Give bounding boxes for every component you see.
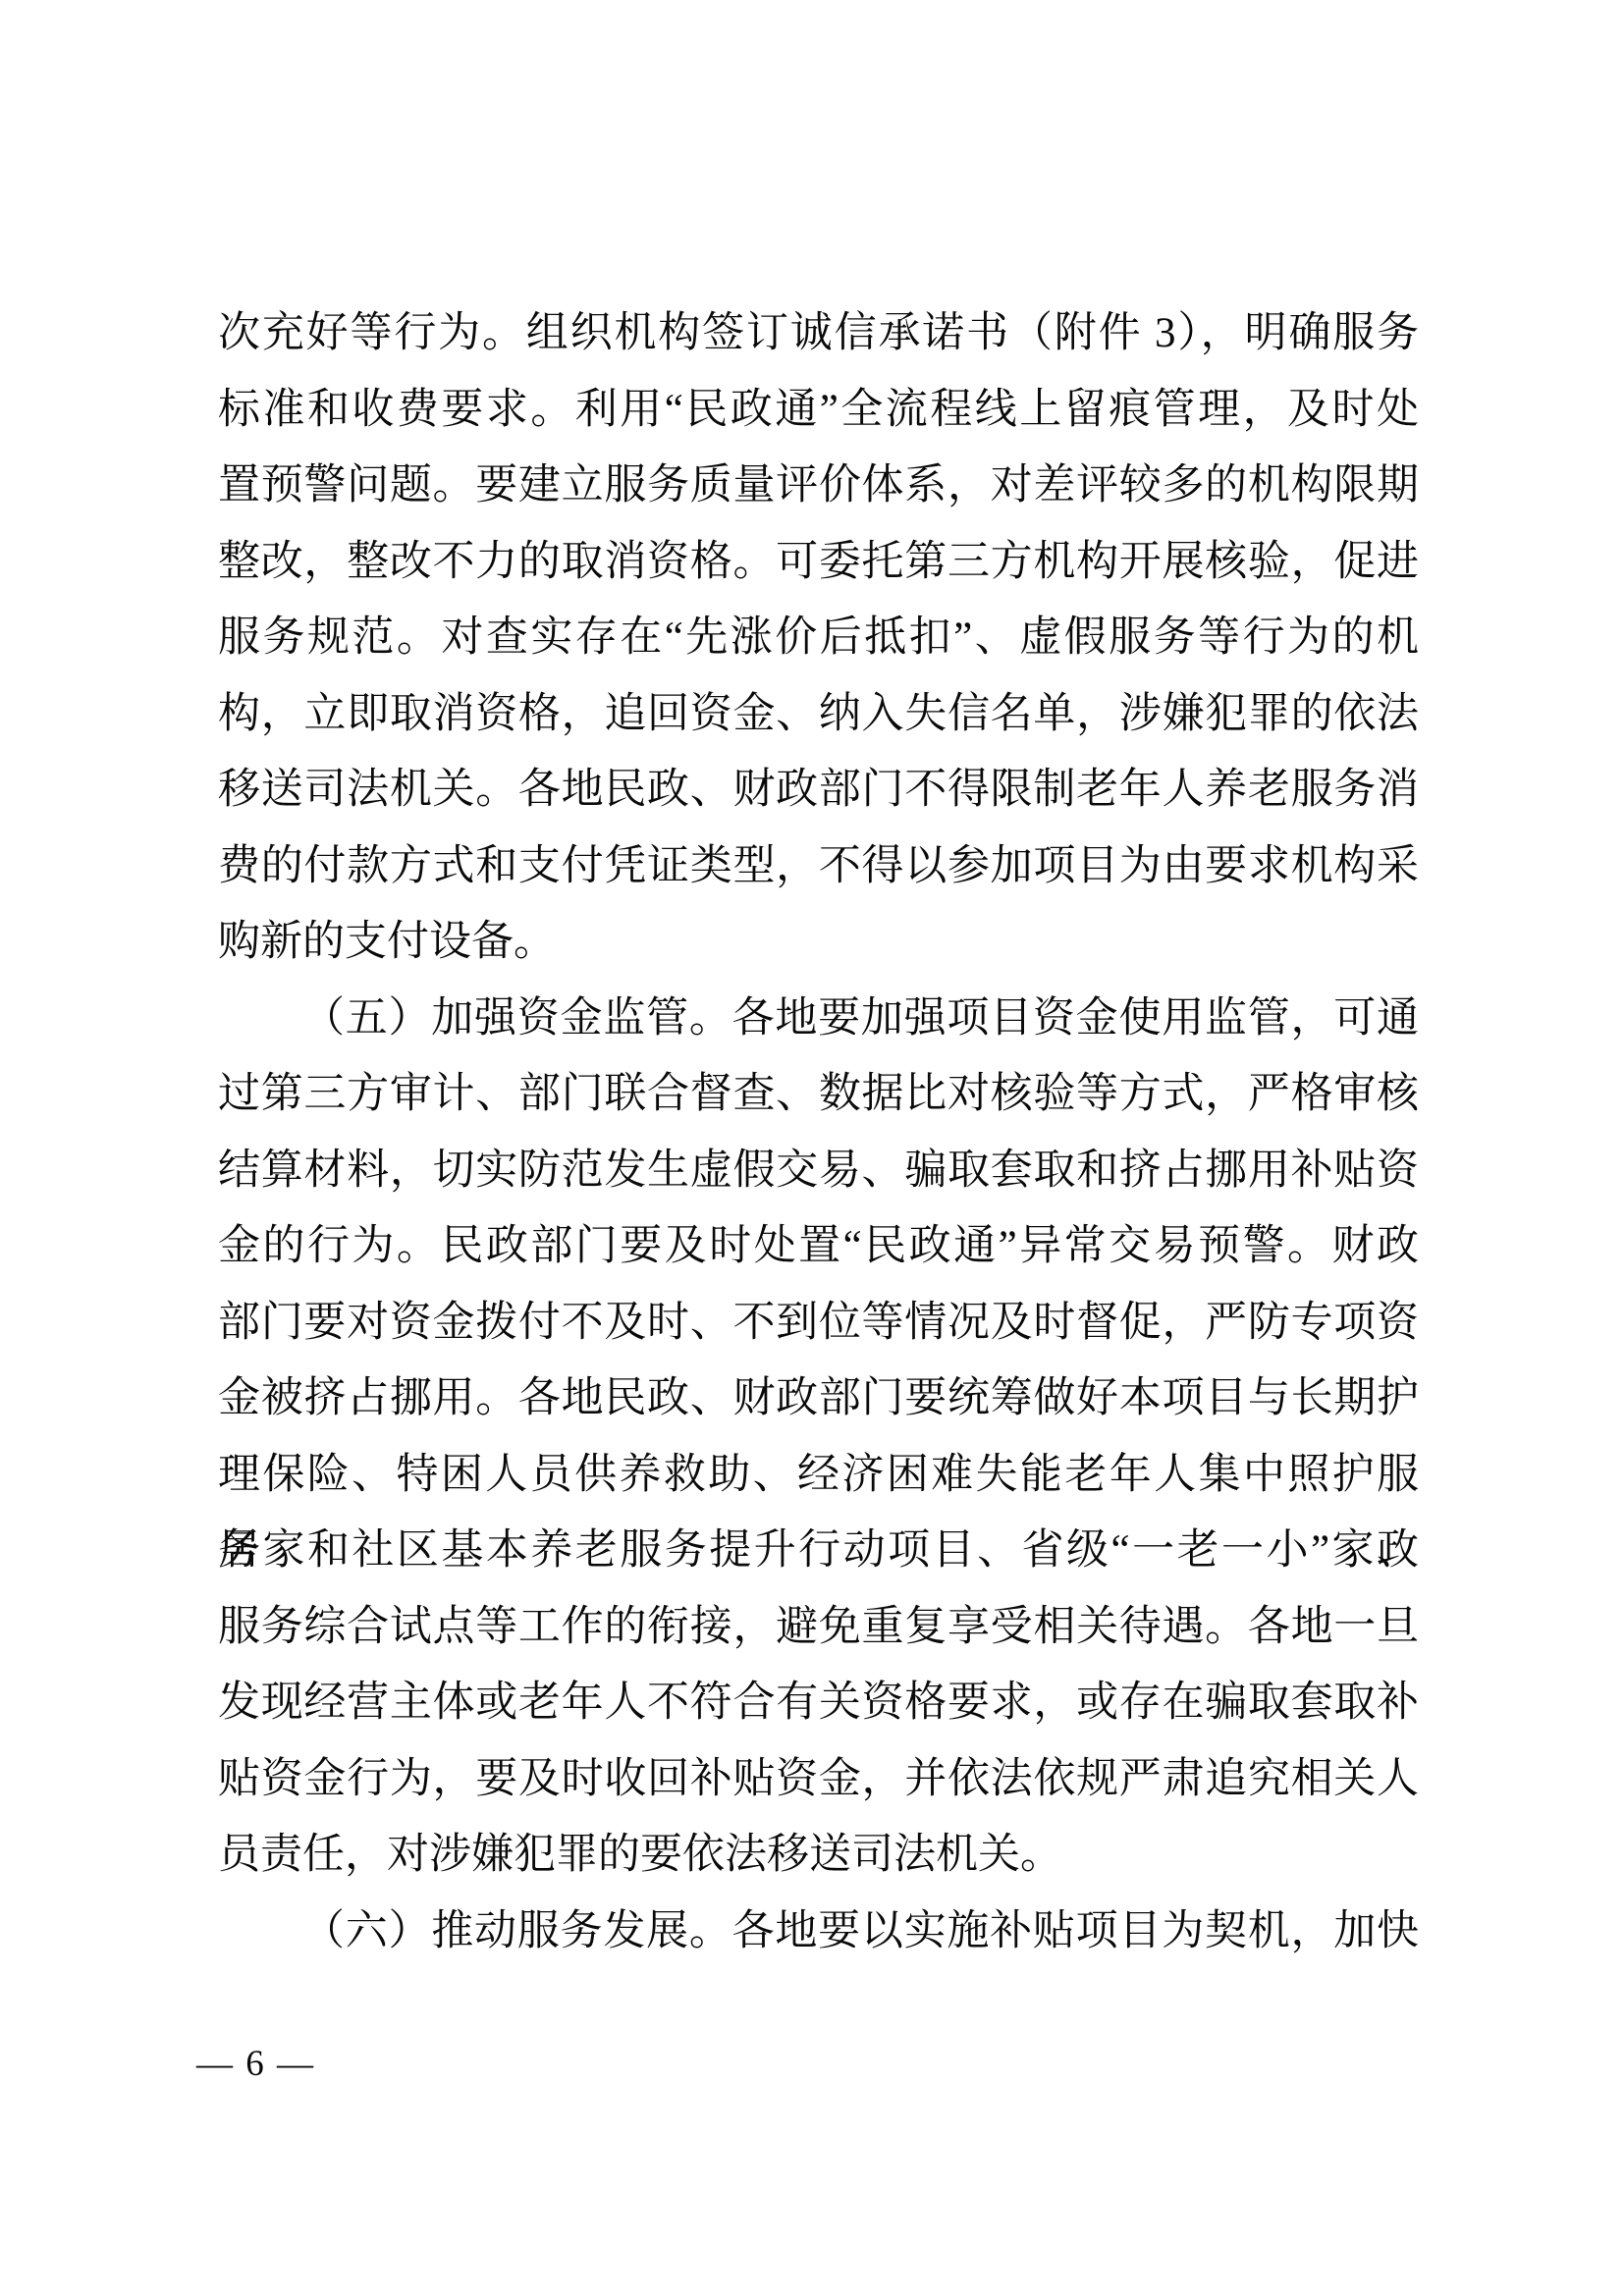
document-line: 发现经营主体或老年人不符合有关资格要求，或存在骗取套取补: [218, 1665, 1419, 1741]
document-line: 金被挤占挪用。各地民政、财政部门要统筹做好本项目与长期护: [218, 1361, 1419, 1437]
page-number: — 6 —: [196, 2040, 315, 2089]
document-line: 居家和社区基本养老服务提升行动项目、省级“一老一小”家政: [218, 1513, 1419, 1589]
document-line: 标准和收费要求。利用“民政通”全流程线上留痕管理，及时处: [218, 372, 1419, 449]
document-line: 整改，整改不力的取消资格。可委托第三方机构开展核验，促进: [218, 524, 1419, 601]
document-line: 过第三方审计、部门联合督查、数据比对核验等方式，严格审核: [218, 1056, 1419, 1133]
document-line-section-6-heading: （六）推动服务发展。各地要以实施补贴项目为契机，加快: [218, 1894, 1419, 1970]
document-line: 服务综合试点等工作的衔接，避免重复享受相关待遇。各地一旦: [218, 1589, 1419, 1666]
document-line: 构，立即取消资格，追回资金、纳入失信名单，涉嫌犯罪的依法: [218, 676, 1419, 753]
document-line: 置预警问题。要建立服务质量评价体系，对差评较多的机构限期: [218, 448, 1419, 524]
document-line: 购新的支付设备。: [218, 904, 1419, 981]
document-line: 金的行为。民政部门要及时处置“民政通”异常交易预警。财政: [218, 1208, 1419, 1285]
document-line: 次充好等行为。组织机构签订诚信承诺书（附件 3），明确服务: [218, 295, 1419, 372]
document-line-section-5-heading: （五）加强资金监管。各地要加强项目资金使用监管，可通: [218, 981, 1419, 1057]
document-line: 部门要对资金拨付不及时、不到位等情况及时督促，严防专项资: [218, 1285, 1419, 1362]
document-page: 次充好等行为。组织机构签订诚信承诺书（附件 3），明确服务 标准和收费要求。利用…: [0, 0, 1624, 2296]
document-line: 贴资金行为，要及时收回补贴资金，并依法依规严肃追究相关人: [218, 1741, 1419, 1818]
document-line: 服务规范。对查实存在“先涨价后抵扣”、虚假服务等行为的机: [218, 600, 1419, 676]
document-line: 理保险、特困人员供养救助、经济困难失能老年人集中照护服务、: [218, 1437, 1419, 1514]
document-line: 结算材料，切实防范发生虚假交易、骗取套取和挤占挪用补贴资: [218, 1133, 1419, 1209]
document-line: 费的付款方式和支付凭证类型，不得以参加项目为由要求机构采: [218, 828, 1419, 905]
document-line: 移送司法机关。各地民政、财政部门不得限制老年人养老服务消: [218, 752, 1419, 828]
document-line: 员责任，对涉嫌犯罪的要依法移送司法机关。: [218, 1817, 1419, 1894]
document-body: 次充好等行为。组织机构签订诚信承诺书（附件 3），明确服务 标准和收费要求。利用…: [218, 295, 1419, 1969]
